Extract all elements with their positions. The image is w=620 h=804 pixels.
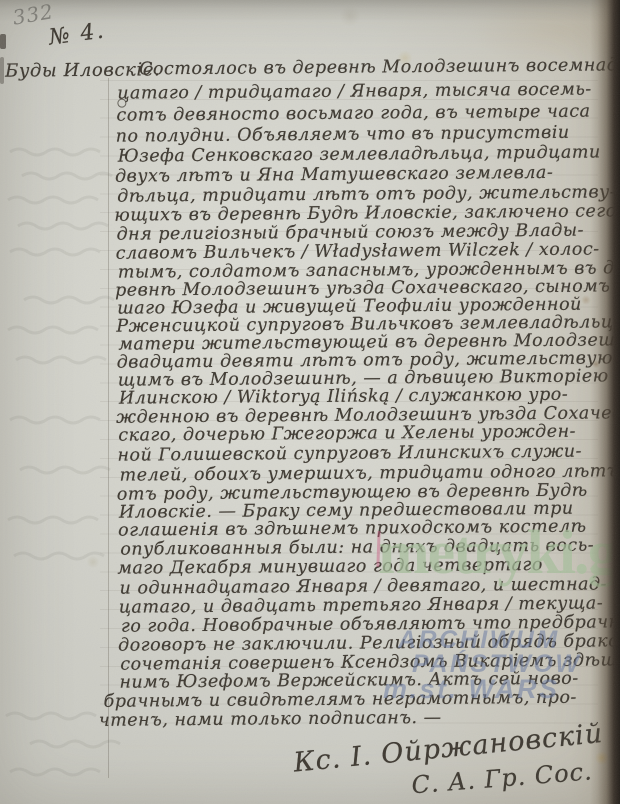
manuscript-line: Состоялось въ деревнѣ Молодзешинъ восемн…: [139, 57, 620, 79]
registrar-signature: С. А. Гр. Сос.: [411, 759, 594, 797]
ink-mark: [117, 99, 126, 108]
manuscript-line: цатаго / тридцатаго / Января, тысяча вос…: [117, 82, 592, 104]
document-scan: 332 № 4. Буды Иловскіе. Состоялось въ де…: [0, 0, 620, 804]
top-edge-shadow: [0, 0, 620, 22]
genealogy-watermark: metryki.gene: [378, 522, 620, 584]
record-number: № 4.: [48, 20, 107, 49]
left-edge-mark: [0, 57, 4, 84]
binding-edge-shadow: [590, 0, 620, 804]
left-edge-mark: [0, 34, 6, 49]
margin-heading-village: Буды Иловскіе.: [5, 61, 160, 80]
archive-watermark-line3: m.st. WARS: [383, 676, 560, 703]
manuscript-line: сотъ девяносто восьмаго года, въ четыре …: [116, 104, 590, 126]
manuscript-line: чтенъ, нами только подписанъ. —: [99, 710, 442, 730]
